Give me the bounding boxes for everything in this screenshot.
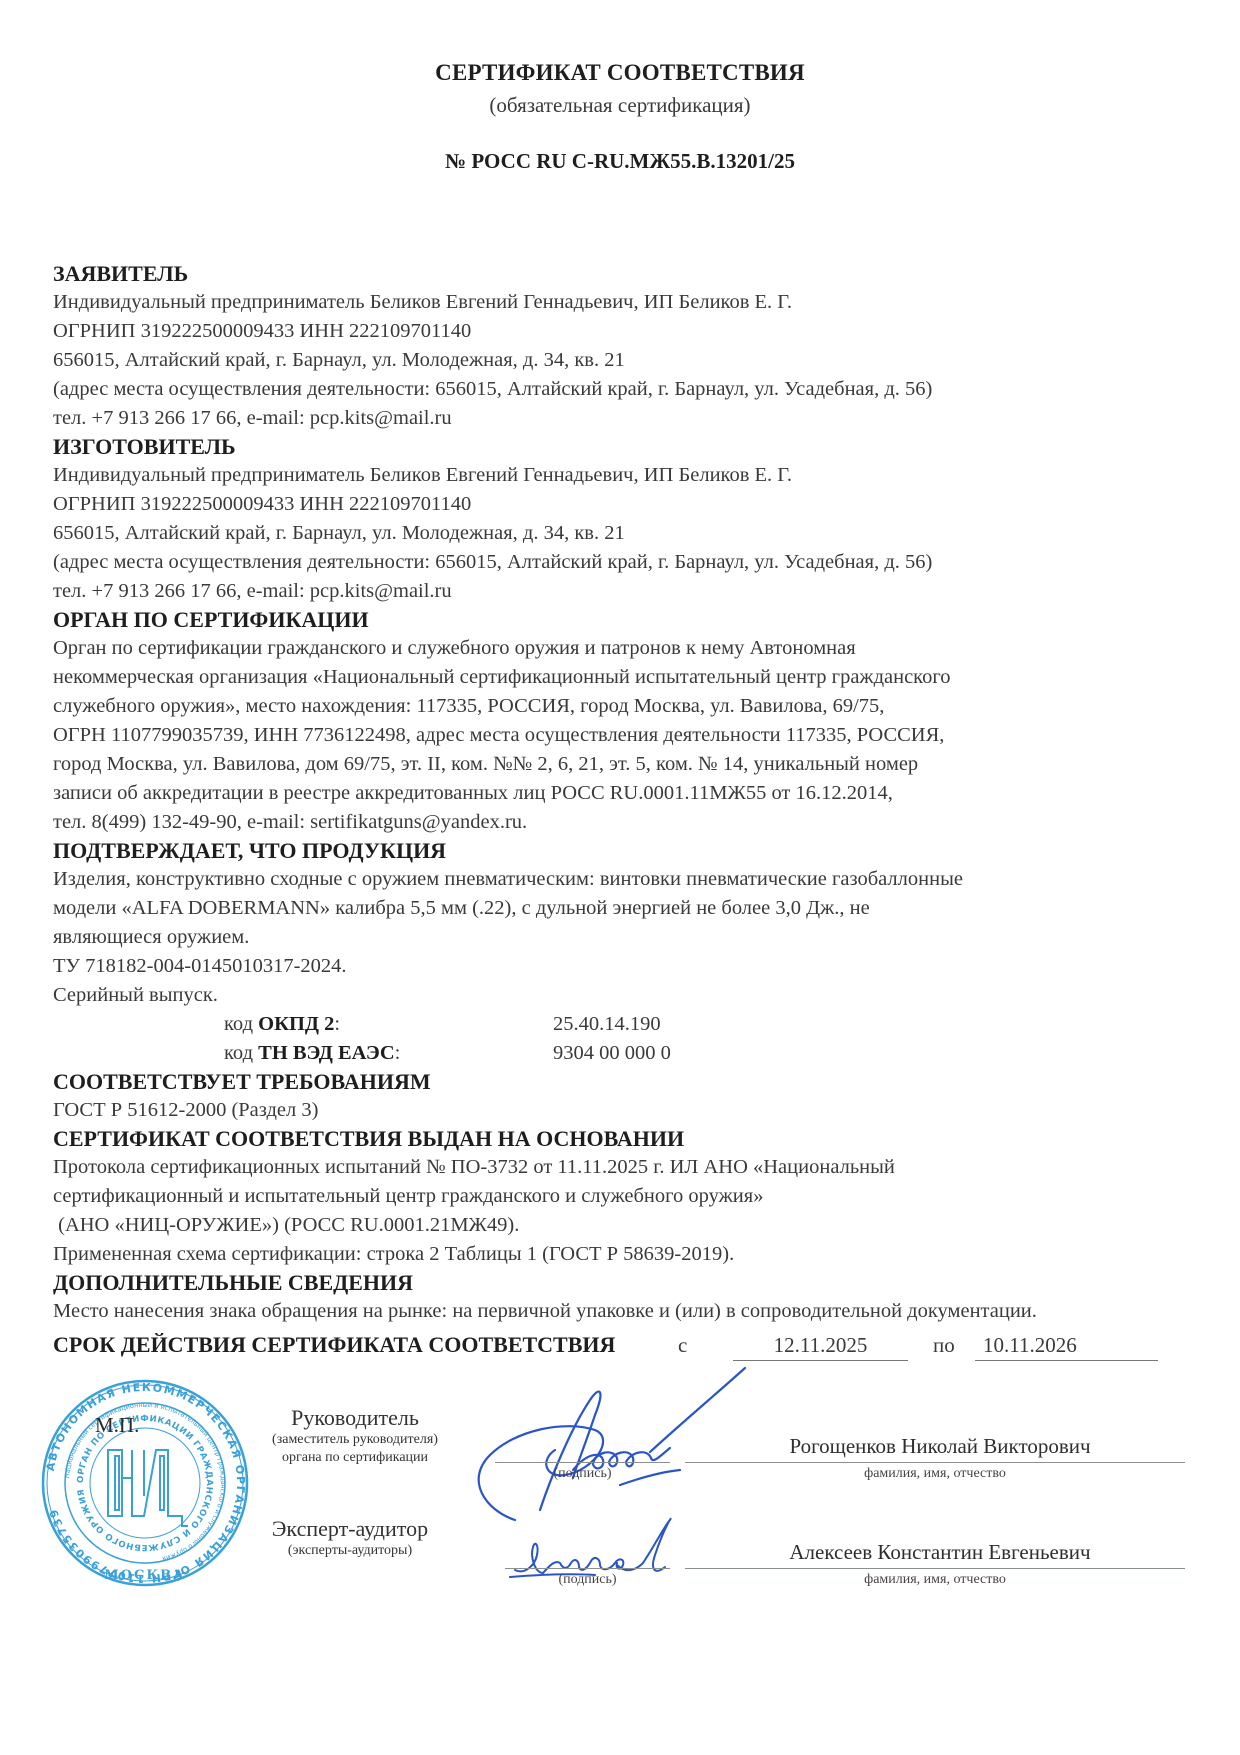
expert-title: Эксперт-аудитор (240, 1516, 460, 1542)
validity-to-label: по (933, 1333, 955, 1358)
code-colon: : (395, 1042, 401, 1064)
manufacturer-section: ИЗГОТОВИТЕЛЬ Индивидуальный предпринимат… (53, 433, 1188, 606)
head-signature-caption: (подпись) (495, 1466, 670, 1482)
applicant-line: Индивидуальный предприниматель Беликов Е… (53, 288, 1188, 317)
certification-body-line: служебного оружия», место нахождения: 11… (53, 692, 1188, 721)
section-heading: ПОДТВЕРЖДАЕТ, ЧТО ПРОДУКЦИЯ (53, 837, 1188, 865)
additional-text: Место нанесения знака обращения на рынке… (53, 1297, 1188, 1326)
validity-to-date: 10.11.2026 (975, 1333, 1158, 1361)
expert-signature-line (505, 1568, 670, 1569)
section-heading: ОРГАН ПО СЕРТИФИКАЦИИ (53, 606, 1188, 634)
validity-from-date: 12.11.2025 (733, 1333, 908, 1361)
certification-body-line: Орган по сертификации гражданского и слу… (53, 634, 1188, 663)
section-heading: СООТВЕТСТВУЕТ ТРЕБОВАНИЯМ (53, 1068, 1188, 1096)
requirements-line: ГОСТ Р 51612-2000 (Раздел 3) (53, 1096, 1188, 1125)
code-label: ОКПД 2 (258, 1013, 334, 1035)
code-prefix: код (224, 1042, 258, 1064)
document-subtitle: (обязательная сертификация) (0, 93, 1240, 118)
basis-line: Протокола сертификационных испытаний № П… (53, 1153, 1188, 1182)
svg-text:МОСКВА: МОСКВА (104, 1568, 185, 1583)
product-line: ТУ 718182-004-0145010317-2024. (53, 952, 1188, 981)
certificate-number: № РОСС RU С-RU.МЖ55.В.13201/25 (0, 149, 1240, 174)
requirements-section: СООТВЕТСТВУЕТ ТРЕБОВАНИЯМ ГОСТ Р 51612-2… (53, 1068, 1188, 1125)
expert-subtitle: (эксперты-аудиторы) (240, 1542, 460, 1560)
applicant-line: 656015, Алтайский край, г. Барнаул, ул. … (53, 346, 1188, 375)
certification-body-line: некоммерческая организация «Национальный… (53, 663, 1188, 692)
certification-body-line: тел. 8(499) 132-49-90, e-mail: sertifika… (53, 808, 1188, 837)
code-value: 9304 00 000 0 (553, 1039, 671, 1068)
head-name-caption: фамилия, имя, отчество (685, 1466, 1185, 1482)
additional-section: ДОПОЛНИТЕЛЬНЫЕ СВЕДЕНИЯ Место нанесения … (53, 1269, 1188, 1326)
manufacturer-line: 656015, Алтайский край, г. Барнаул, ул. … (53, 519, 1188, 548)
document-title: СЕРТИФИКАТ СООТВЕТСТВИЯ (0, 60, 1240, 86)
expert-name: Алексеев Константин Евгеньевич (680, 1540, 1200, 1565)
manufacturer-line: ОГРНИП 319222500009433 ИНН 222109701140 (53, 490, 1188, 519)
basis-line: сертификационный и испытательный центр г… (53, 1182, 1188, 1211)
certification-body-section: ОРГАН ПО СЕРТИФИКАЦИИ Орган по сертифика… (53, 606, 1188, 837)
head-name: Рогощенков Николай Викторович (680, 1434, 1200, 1459)
head-role: Руководитель (заместитель руководителя) … (255, 1405, 455, 1467)
head-title: Руководитель (255, 1405, 455, 1431)
validity-heading: СРОК ДЕЙСТВИЯ СЕРТИФИКАТА СООТВЕТСТВИЯ (53, 1332, 615, 1358)
head-name-line (685, 1462, 1185, 1463)
code-colon: : (334, 1013, 340, 1035)
manufacturer-line: (адрес места осуществления деятельности:… (53, 548, 1188, 577)
product-line: Серийный выпуск. (53, 981, 1188, 1010)
seal-stamp-icon: АВТОНОМНАЯ НЕКОММЕРЧЕСКАЯ ОРГАНИЗАЦИЯ ОГ… (40, 1378, 250, 1588)
section-heading: ИЗГОТОВИТЕЛЬ (53, 433, 1188, 461)
code-label: ТН ВЭД ЕАЭС (258, 1042, 395, 1064)
applicant-section: ЗАЯВИТЕЛЬ Индивидуальный предприниматель… (53, 260, 1188, 433)
basis-line: (АНО «НИЦ-ОРУЖИЕ») (РОСС RU.0001.21МЖ49)… (53, 1211, 1188, 1240)
head-subtitle: органа по сертификации (255, 1449, 455, 1467)
head-signature-line (495, 1462, 670, 1463)
section-heading: СЕРТИФИКАТ СООТВЕТСТВИЯ ВЫДАН НА ОСНОВАН… (53, 1125, 1188, 1153)
manufacturer-line: тел. +7 913 266 17 66, e-mail: pcp.kits@… (53, 577, 1188, 606)
expert-name-line (685, 1568, 1185, 1569)
code-value: 25.40.14.190 (553, 1010, 661, 1039)
product-line: модели «ALFA DOBERMANN» калибра 5,5 мм (… (53, 894, 1188, 923)
certification-body-line: ОГРН 1107799035739, ИНН 7736122498, адре… (53, 721, 1188, 750)
product-line: Изделия, конструктивно сходные с оружием… (53, 865, 1188, 894)
certification-body-line: город Москва, ул. Вавилова, дом 69/75, э… (53, 750, 1188, 779)
certificate-body: ЗАЯВИТЕЛЬ Индивидуальный предприниматель… (53, 260, 1188, 1366)
applicant-line: тел. +7 913 266 17 66, e-mail: pcp.kits@… (53, 404, 1188, 433)
product-section: ПОДТВЕРЖДАЕТ, ЧТО ПРОДУКЦИЯ Изделия, кон… (53, 837, 1188, 1068)
section-heading: ЗАЯВИТЕЛЬ (53, 260, 1188, 288)
code-prefix: код (224, 1013, 258, 1035)
head-subtitle: (заместитель руководителя) (255, 1431, 455, 1449)
expert-name-caption: фамилия, имя, отчество (685, 1572, 1185, 1588)
code-row-okpd: код ОКПД 2: 25.40.14.190 (53, 1010, 1188, 1039)
product-line: являющиеся оружием. (53, 923, 1188, 952)
applicant-line: (адрес места осуществления деятельности:… (53, 375, 1188, 404)
validity-from-label: с (678, 1333, 687, 1358)
basis-line: Примененная схема сертификации: строка 2… (53, 1240, 1188, 1269)
expert-role: Эксперт-аудитор (эксперты-аудиторы) (240, 1516, 460, 1560)
section-heading: ДОПОЛНИТЕЛЬНЫЕ СВЕДЕНИЯ (53, 1269, 1188, 1297)
stamp-label: М.П. (95, 1413, 139, 1438)
certification-body-line: записи об аккредитации в реестре аккреди… (53, 779, 1188, 808)
certificate-page: СЕРТИФИКАТ СООТВЕТСТВИЯ (обязательная се… (0, 0, 1240, 1755)
applicant-line: ОГРНИП 319222500009433 ИНН 222109701140 (53, 317, 1188, 346)
manufacturer-line: Индивидуальный предприниматель Беликов Е… (53, 461, 1188, 490)
basis-section: СЕРТИФИКАТ СООТВЕТСТВИЯ ВЫДАН НА ОСНОВАН… (53, 1125, 1188, 1269)
expert-signature-caption: (подпись) (505, 1572, 670, 1588)
code-row-tnved: код ТН ВЭД ЕАЭС: 9304 00 000 0 (53, 1039, 1188, 1068)
